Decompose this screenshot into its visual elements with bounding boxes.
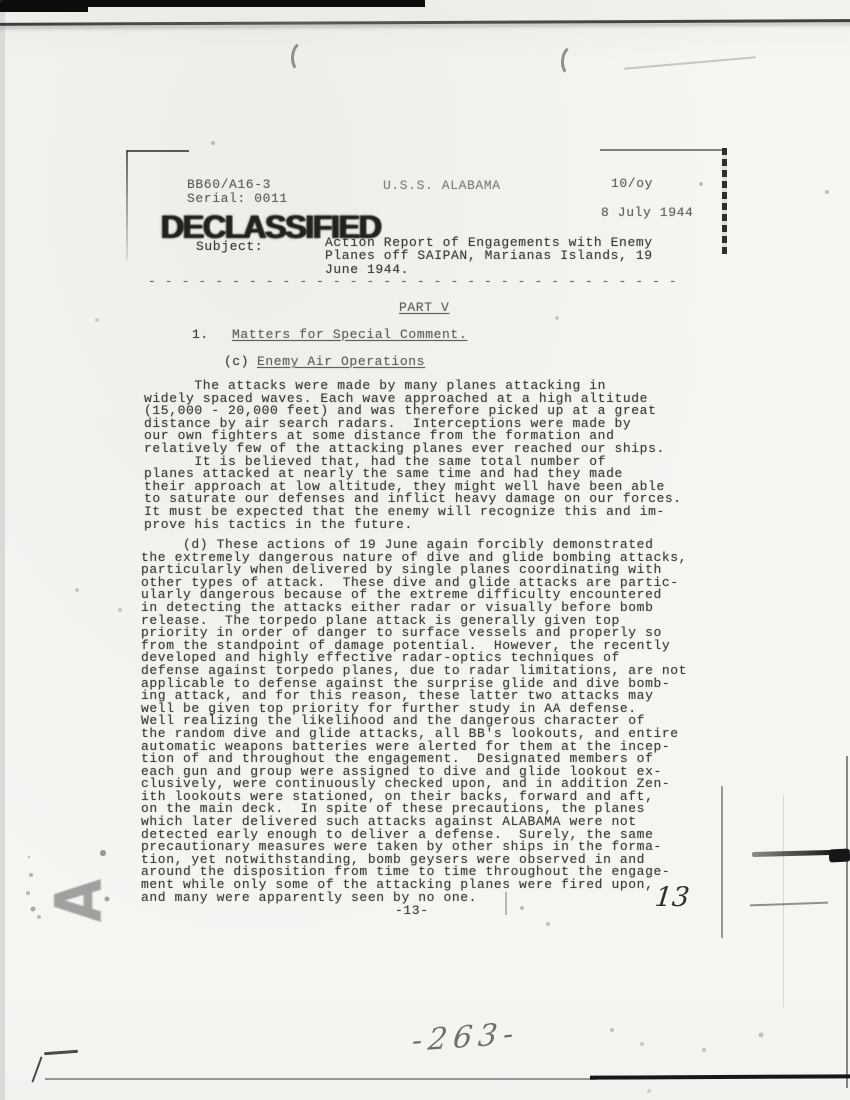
handwritten-page-number: 13 [653,882,691,913]
faint-vertical-crease [783,795,784,1007]
paper-speckles [0,0,2,2]
margin-stamp-dots [28,856,30,858]
pen-mark-diagonal [31,1056,42,1082]
dashed-separator: - - - - - - - - - - - - - - - - - - - - … [148,276,677,289]
pencil-stray-mark [624,56,756,69]
bottom-rule-left [45,1078,597,1080]
right-fold-line [721,786,723,938]
paragraph-dive-glide-attacks: (d) These actions of 19 June again forci… [141,539,687,904]
file-reference: BB60/A16-3 [187,179,271,192]
inner-page-corner-top-left-v [126,150,128,260]
scan-left-edge [0,0,5,1100]
ink-smudge-upper [752,850,832,857]
subject-text: Action Report of Engagements with Enemy … [325,236,653,276]
inner-page-corner-top-right-h [600,149,727,151]
inner-page-corner-top-right-v [722,148,727,254]
hole-punch-mark-left [289,39,318,76]
hole-punch-mark-right [559,43,588,80]
part-title: PART V [399,302,449,315]
copy-number: 10/oy [611,178,653,191]
ship-name: U.S.S. ALABAMA [383,180,501,193]
paragraph-enemy-air-operations: The attacks were made by many planes att… [144,380,682,531]
bottom-rule-right [590,1074,850,1079]
scan-horizontal-line [0,19,850,26]
subject-label: Subject: [196,241,263,254]
margin-stamp: A [24,850,132,954]
scan-top-black-bar-thick [0,0,88,12]
pen-mark-horizontal [44,1050,78,1055]
subsection-label: (c) [224,356,249,369]
scanned-document-page: A BB60/A16-3 Serial: 0011 DECLASSIFIED S… [0,0,850,1100]
margin-stamp-glyph: A [42,879,117,922]
ink-smudge-lower [750,902,828,907]
subsection-title: Enemy Air Operations [257,356,425,369]
item-number: 1. [192,329,209,342]
serial-number: Serial: 0011 [187,193,288,206]
typed-page-number: -13- [395,905,429,918]
scan-right-edge-line [846,756,848,1088]
document-date: 8 July 1944 [601,207,693,220]
inner-page-corner-top-left-h [127,150,189,152]
item-title: Matters for Special Comment. [232,329,467,342]
handwritten-folio-number: -263- [410,1016,521,1059]
